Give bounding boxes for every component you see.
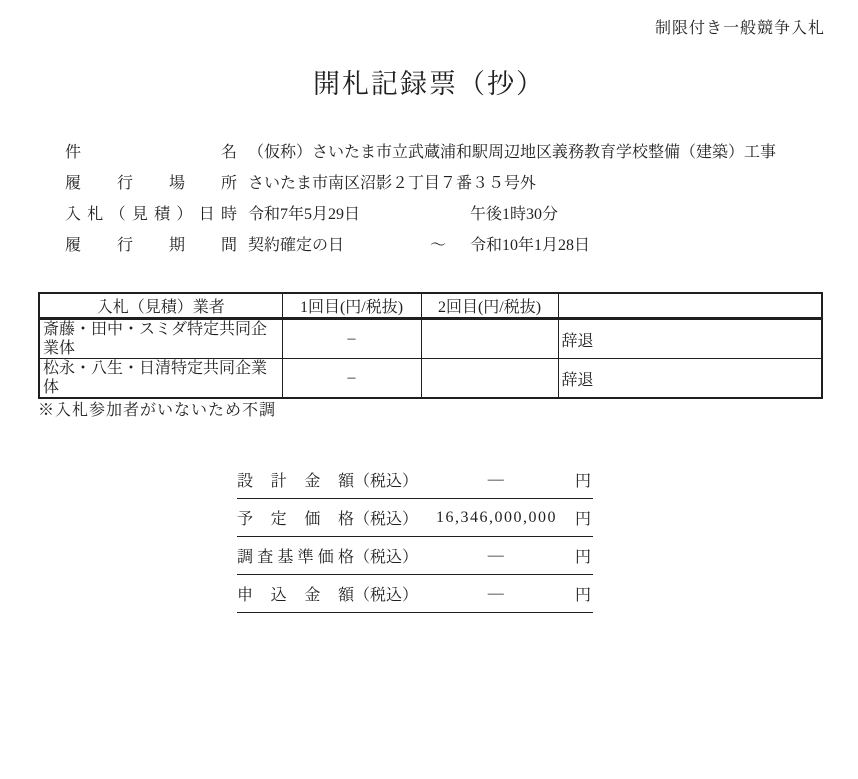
field-value-subject: （仮称）さいたま市立武蔵浦和駅周辺地区義務教育学校整備（建築）工事 [248, 139, 776, 162]
amount-value: ― [418, 471, 575, 489]
round2-amount [421, 359, 558, 399]
field-row-place: 履行場所 さいたま市南区沼影２丁目７番３５号外 [65, 170, 776, 191]
yen-unit: 円 [575, 582, 593, 605]
col-header-result [558, 293, 822, 319]
yen-unit: 円 [575, 544, 593, 567]
bid-date: 令和7年5月29日 [248, 201, 470, 224]
tax-included-suffix: （税込） [354, 544, 418, 567]
col-header-round1: 1回目(円/税抜) [282, 293, 421, 319]
note-no-bidders: ※入札参加者がいないため不調 [38, 397, 276, 420]
bid-result: 辞退 [558, 319, 822, 359]
tax-included-suffix: （税込） [354, 506, 418, 529]
period-start: 契約確定の日 [248, 232, 430, 255]
corner-note: 制限付き一般競争入札 [655, 15, 825, 38]
bidder-name: 松永・八生・日清特定共同企業体 [39, 359, 282, 399]
bid-table-header-row: 入札（見積）業者 1回目(円/税抜) 2回目(円/税抜) [39, 293, 822, 319]
amount-row-application-amount: 申込金額（税込） ― 円 [237, 575, 593, 613]
col-header-bidder: 入札（見積）業者 [39, 293, 282, 319]
field-row-period: 履行期間 契約確定の日 ～ 令和10年1月28日 [65, 232, 776, 253]
field-row-subject: 件名 （仮称）さいたま市立武蔵浦和駅周辺地区義務教育学校整備（建築）工事 [65, 139, 776, 160]
field-value-bid-datetime: 令和7年5月29日 午後1時30分 [248, 201, 558, 224]
round2-amount [421, 319, 558, 359]
period-tilde: ～ [430, 232, 470, 255]
field-label-place: 履行場所 [65, 170, 237, 193]
table-row: 斎藤・田中・スミダ特定共同企業体 – 辞退 [39, 319, 822, 359]
field-label-bid-datetime: 入札（見積）日時 [65, 201, 237, 224]
period-end: 令和10年1月28日 [470, 232, 590, 255]
amount-row-survey-base-price: 調査基準価格（税込） ― 円 [237, 537, 593, 575]
fields-section: 件名 （仮称）さいたま市立武蔵浦和駅周辺地区義務教育学校整備（建築）工事 履行場… [65, 139, 776, 263]
amount-row-design-amount: 設計金額（税込） ― 円 [237, 461, 593, 499]
amounts-section: 設計金額（税込） ― 円 予定価格（税込） 16,346,000,000 円 調… [237, 461, 593, 613]
amount-label: 調査基準価格（税込） [237, 544, 418, 567]
yen-unit: 円 [575, 468, 593, 491]
table-row: 松永・八生・日清特定共同企業体 – 辞退 [39, 359, 822, 399]
bidder-name: 斎藤・田中・スミダ特定共同企業体 [39, 319, 282, 359]
bid-result: 辞退 [558, 359, 822, 399]
field-value-period: 契約確定の日 ～ 令和10年1月28日 [248, 232, 590, 255]
amount-value: ― [418, 585, 575, 603]
amount-label: 予定価格（税込） [237, 506, 418, 529]
round1-amount: – [282, 359, 421, 399]
amount-value: 16,346,000,000 [418, 509, 575, 527]
amount-value: ― [418, 547, 575, 565]
field-row-bid-datetime: 入札（見積）日時 令和7年5月29日 午後1時30分 [65, 201, 776, 222]
bid-table: 入札（見積）業者 1回目(円/税抜) 2回目(円/税抜) 斎藤・田中・スミダ特定… [38, 292, 823, 399]
amount-row-planned-price: 予定価格（税込） 16,346,000,000 円 [237, 499, 593, 537]
amount-label: 設計金額（税込） [237, 468, 418, 491]
document-page: 制限付き一般競争入札 開札記録票（抄） 件名 （仮称）さいたま市立武蔵浦和駅周辺… [0, 0, 858, 779]
tax-included-suffix: （税込） [354, 468, 418, 491]
field-label-subject: 件名 [65, 139, 237, 162]
bid-time: 午後1時30分 [470, 201, 558, 224]
field-label-period: 履行期間 [65, 232, 237, 255]
yen-unit: 円 [575, 506, 593, 529]
round1-amount: – [282, 319, 421, 359]
page-title: 開札記録票（抄） [0, 62, 858, 101]
field-value-place: さいたま市南区沼影２丁目７番３５号外 [248, 170, 536, 193]
tax-included-suffix: （税込） [354, 582, 418, 605]
amount-label: 申込金額（税込） [237, 582, 418, 605]
col-header-round2: 2回目(円/税抜) [421, 293, 558, 319]
